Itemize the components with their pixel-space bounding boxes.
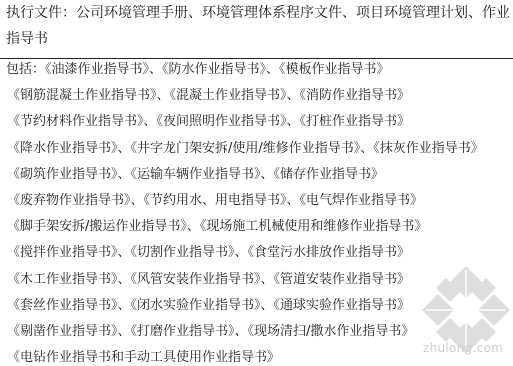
list-line: 《钢筋混凝土作业指导书》、《混凝土作业指导书》、《消防作业指导书》 <box>6 83 513 109</box>
execution-files-paragraph: 执行文件：公司环境管理手册、环境管理体系程序文件、项目环境管理计划、作业 指导书 <box>6 0 513 52</box>
list-line: 《废弃物作业指导书》、《节约用水、用电指导书》、《电气焊作业指导书》 <box>6 188 513 214</box>
watermark-text: zhulong.com <box>423 341 503 355</box>
header-line: 执行文件：公司环境管理手册、环境管理体系程序文件、项目环境管理计划、作业 <box>6 0 513 26</box>
list-line: 《降水作业指导书》、《井字龙门架安拆/使用/维修作业指导书》、《抹灰作业指导书》 <box>6 136 513 162</box>
list-line: 包括：《油漆作业指导书》、《防水作业指导书》、《模板作业指导书》 <box>6 57 513 83</box>
list-line: 《砌筑作业指导书》、《运输车辆作业指导书》、《储存作业指导书》 <box>6 162 513 188</box>
header-line: 指导书 <box>6 26 513 52</box>
document-page: 执行文件：公司环境管理手册、环境管理体系程序文件、项目环境管理计划、作业 指导书… <box>0 0 513 366</box>
list-line: 《节约材料作业指导书》、《夜间照明作业指导书》、《打桩作业指导书》 <box>6 109 513 135</box>
list-line: 《脚手架安拆/搬运作业指导书》、《现场施工机械使用和维修作业指导书》 <box>6 214 513 240</box>
